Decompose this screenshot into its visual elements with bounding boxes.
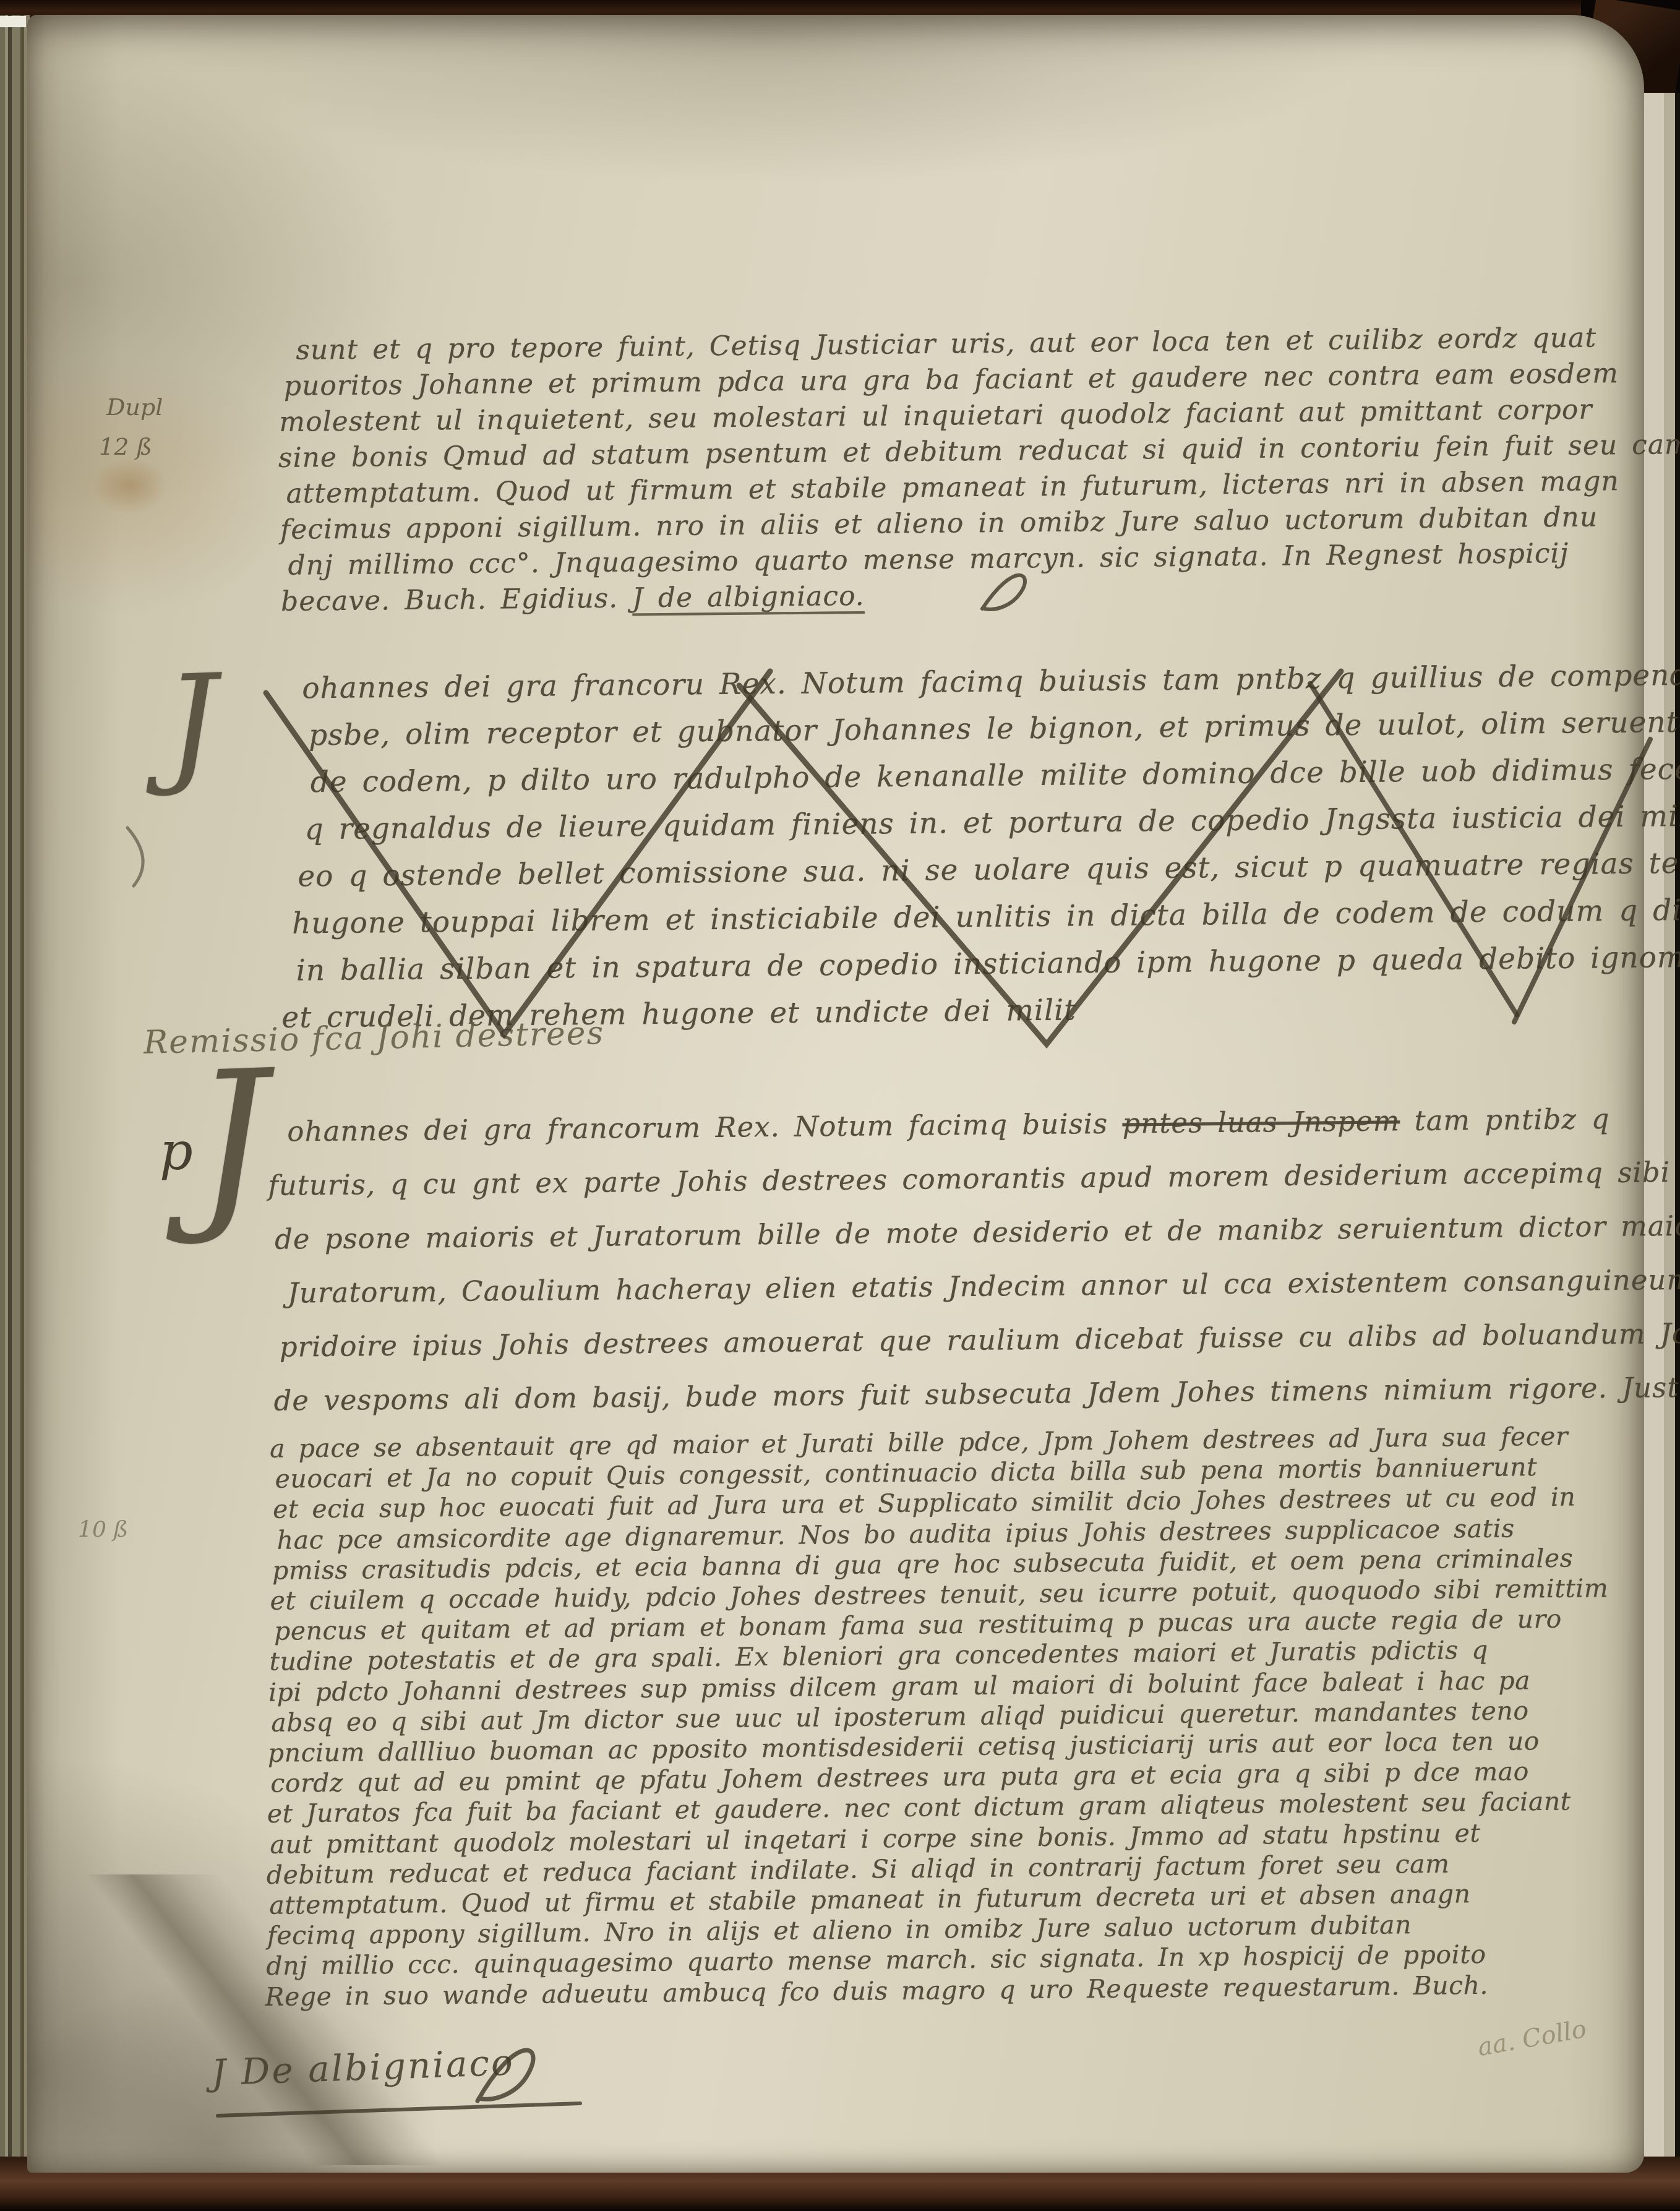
- margin-note-dupl: Dupl: [106, 393, 163, 421]
- gutter-folio-edges: [0, 15, 30, 2162]
- decorated-initial-J: J: [163, 646, 221, 800]
- chancery-signature-inline: J de albigniaco.: [632, 580, 865, 614]
- paragraph-mark: p: [160, 1121, 193, 1182]
- manuscript-photo: Dupl 12 ß 10 ß p sunt et q pro tepore fu…: [0, 0, 1680, 2211]
- entry-block-3-lower: a pace se absentauit qre qd maior et Jur…: [259, 1421, 1613, 2012]
- line-segment: ohannes dei gra francorum Rex. Notum fac…: [287, 1107, 1123, 1148]
- line-segment: tam pntibz q: [1400, 1102, 1610, 1137]
- witness-names: becave. Buch. Egidius.: [281, 583, 633, 617]
- margin-note-fee-10: 10 ß: [78, 1517, 128, 1542]
- entry-block-3-upper: ohannes dei gra francorum Rex. Notum fac…: [259, 1090, 1680, 1428]
- gutter-paper-tab: [0, 16, 26, 27]
- margin-note-fee-12: 12 ß: [99, 433, 152, 460]
- entry-block-2-cancelled: ohannes dei gra francoru Rex. Notum faci…: [265, 650, 1680, 1041]
- entry-block-1: sunt et q pro tepore fuint, Cetisq Justi…: [277, 319, 1680, 620]
- struck-phrase: pntes luas Jnspem: [1122, 1104, 1400, 1140]
- ink-stain: [93, 458, 167, 513]
